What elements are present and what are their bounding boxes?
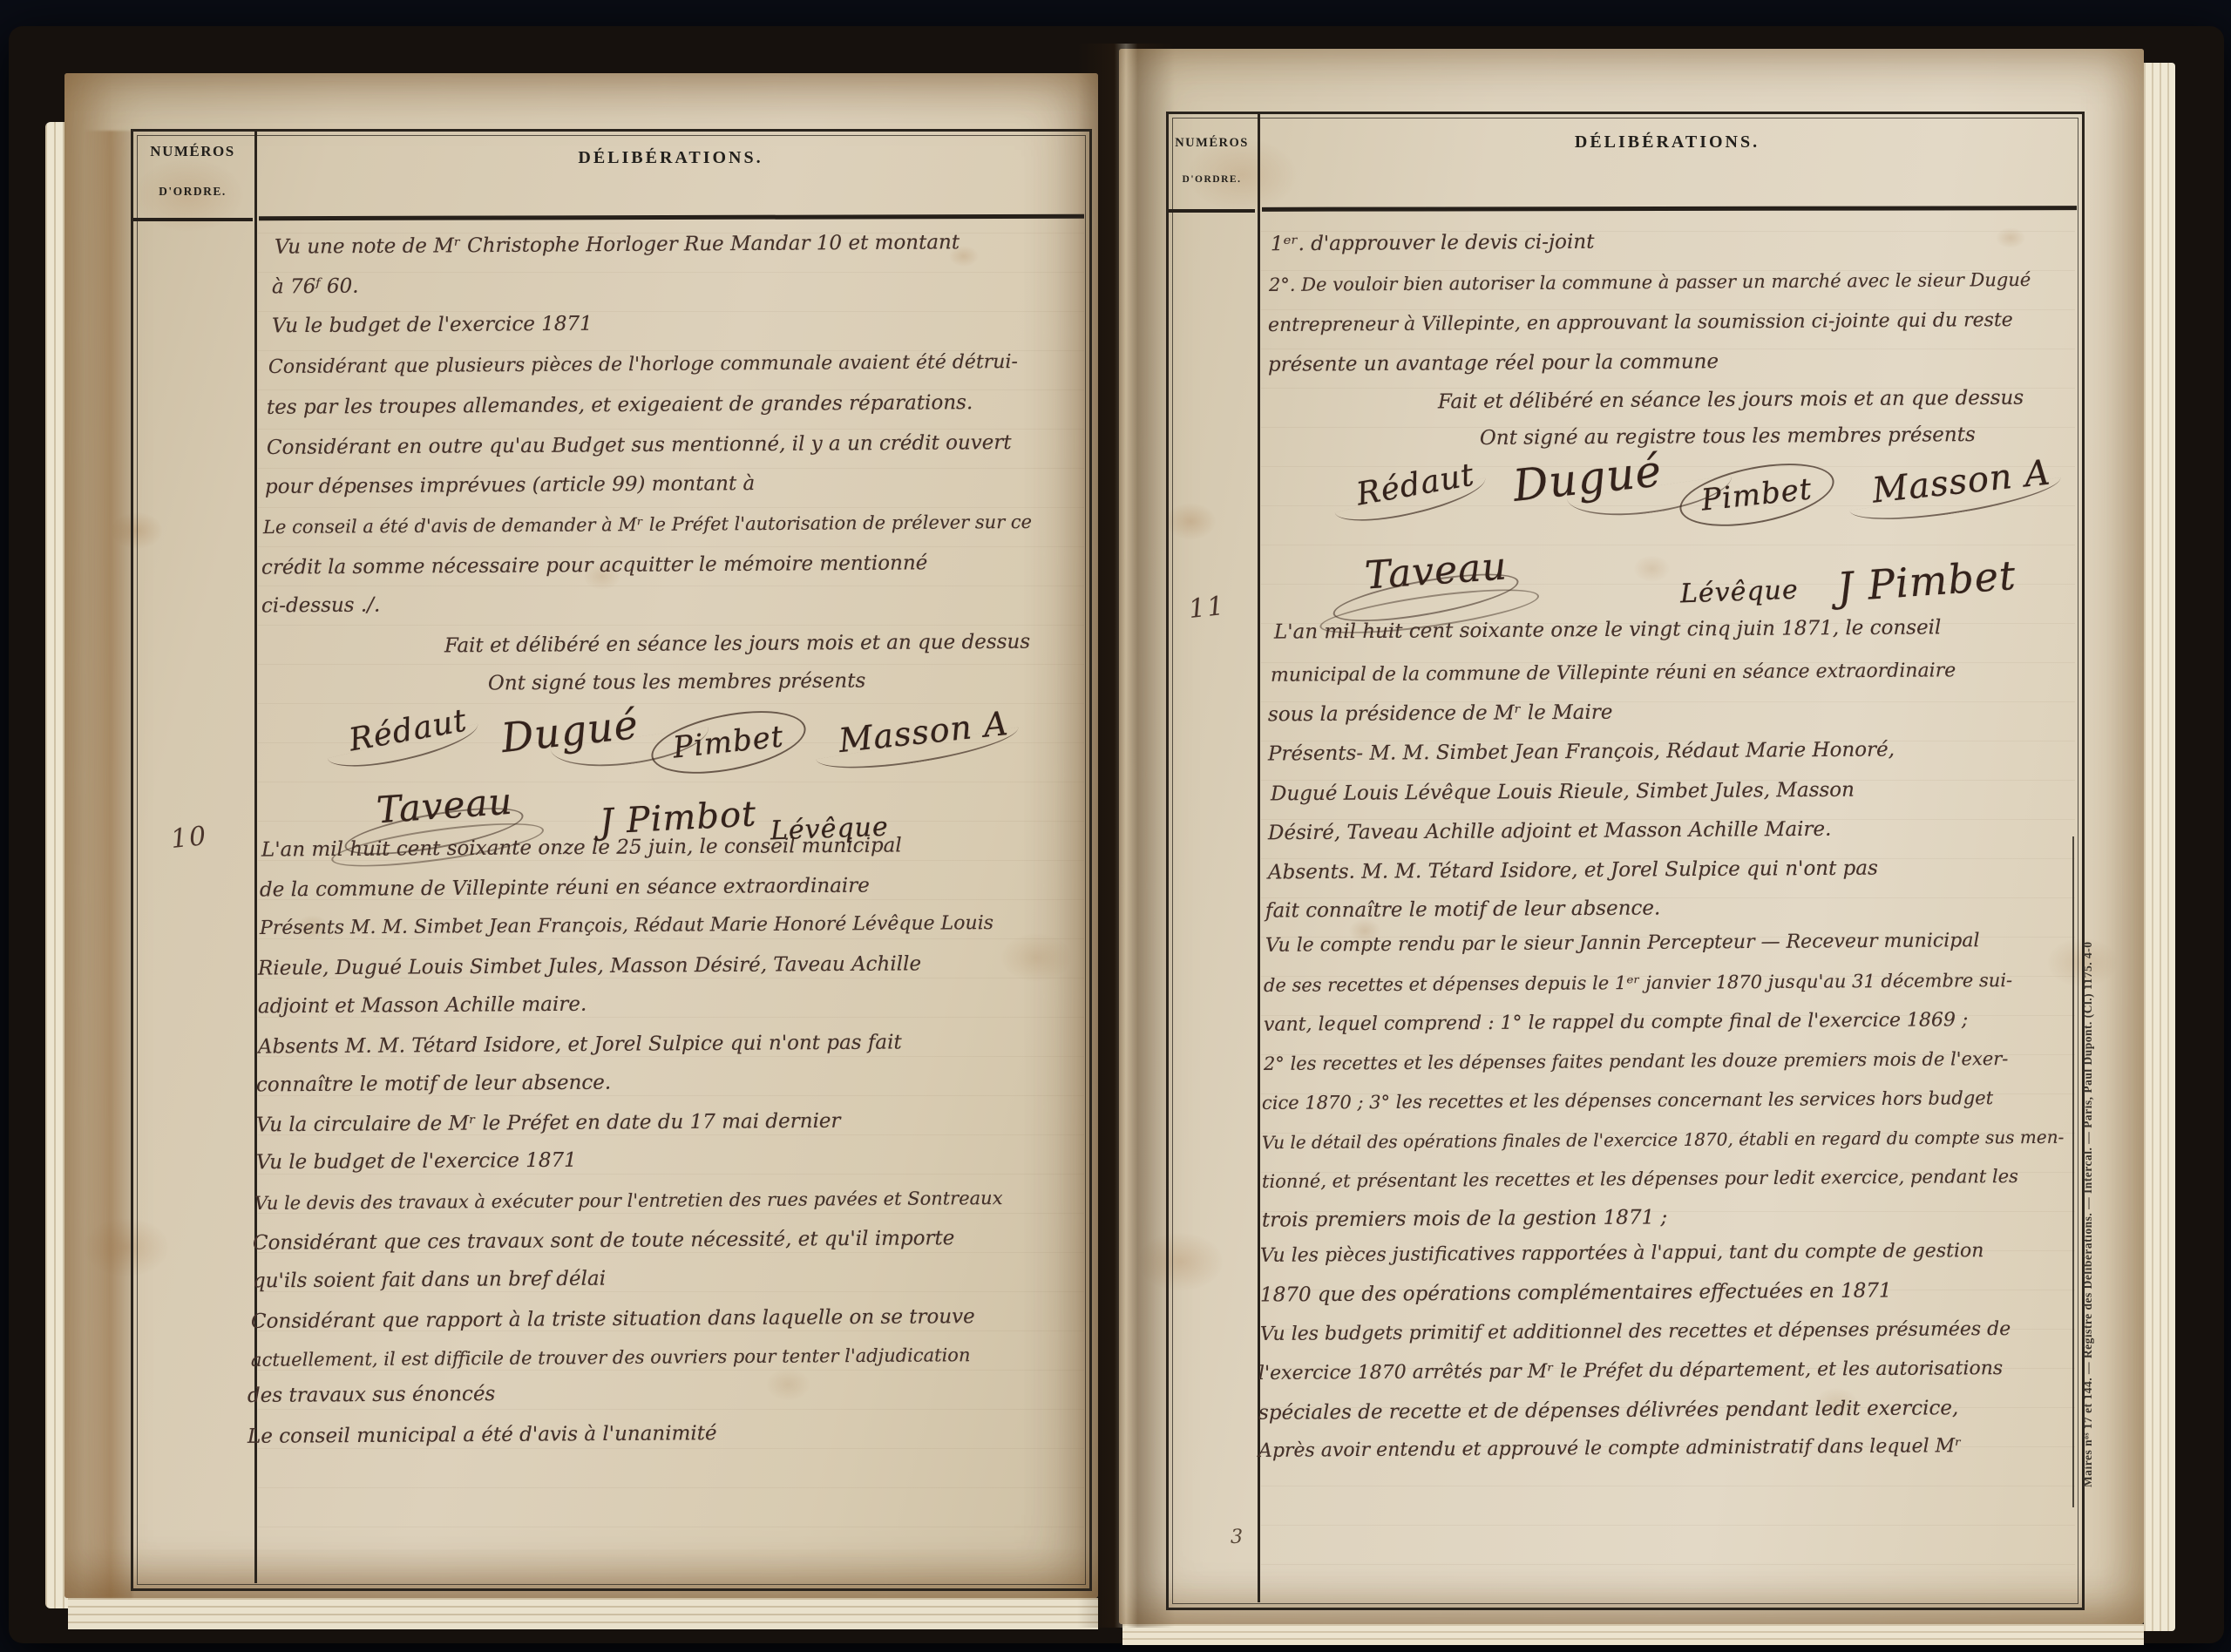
- imprint-rule: [2072, 836, 2074, 1507]
- right-margin-number: 11: [1187, 591, 1227, 625]
- page-edges-bottom-left: [68, 1598, 1098, 1629]
- printer-imprint: Maires nᵒˢ 17 et 144. — Régistre des Dél…: [2081, 867, 2095, 1487]
- signature: Taveau: [1363, 544, 1509, 598]
- left-handwritten-line: Rieule, Dugué Louis Simbet Jules, Masson…: [258, 952, 921, 979]
- left-handwritten-line: des travaux sus énoncés: [248, 1383, 495, 1407]
- signature: J Pimbot: [599, 794, 757, 842]
- left-handwritten-line: Absents M. M. Tétard Isidore, et Jorel S…: [258, 1031, 902, 1058]
- left-deliberations-header: DÉLIBÉRATIONS.: [254, 148, 1087, 168]
- left-handwritten-line: Vu une note de Mʳ Christophe Horloger Ru…: [275, 231, 960, 258]
- left-handwritten-line: Vu le budget de l'exercice 1871: [256, 1149, 577, 1175]
- left-handwritten-line: ci-dessus ./.: [261, 594, 380, 618]
- signature: Pimbet: [1699, 471, 1814, 518]
- left-header-rule-order: [133, 218, 253, 221]
- left-handwritten-line: Fait et délibéré en séance les jours moi…: [444, 631, 1030, 658]
- left-handwritten-line: crédit la somme nécessaire pour acquitte…: [261, 552, 927, 579]
- right-handwritten-line: Désiré, Taveau Achille adjoint et Masson…: [1268, 818, 1832, 845]
- right-handwritten-line: Fait et délibéré en séance les jours moi…: [1438, 387, 2024, 414]
- right-deliberations-header: DÉLIBÉRATIONS.: [1258, 132, 2077, 152]
- left-handwritten-line: Le conseil municipal a été d'avis à l'un…: [248, 1422, 717, 1448]
- left-page-worn-edge: [84, 131, 132, 1598]
- left-handwritten-line: à 76ᶠ 60.: [272, 275, 359, 299]
- right-handwritten-line: Absents. M. M. Tétard Isidore, et Jorel …: [1268, 857, 1878, 884]
- left-handwritten-line: qu'ils soient fait dans un bref délai: [253, 1268, 606, 1293]
- right-header-rule-order: [1169, 209, 1255, 213]
- sheet-signature-mark: 3: [1231, 1527, 1243, 1548]
- left-handwritten-line: adjoint et Masson Achille maire.: [258, 993, 587, 1019]
- page-edges-bottom-right: [1122, 1624, 2144, 1645]
- left-handwritten-line: connaître le motif de leur absence.: [256, 1072, 611, 1097]
- left-handwritten-line: de la commune de Villepinte réuni en séa…: [260, 875, 870, 902]
- left-margin-number: 10: [169, 821, 209, 855]
- right-handwritten-line: Présents- M. M. Simbet Jean François, Ré…: [1268, 738, 1895, 765]
- page-edges-right: [2144, 63, 2175, 1631]
- right-order-header-line1: NUMÉROS: [1166, 136, 1258, 151]
- right-handwritten-line: fait connaître le motif de leur absence.: [1265, 897, 1660, 922]
- right-handwritten-line: trois premiers mois de la gestion 1871 ;: [1262, 1206, 1667, 1231]
- left-order-header-line1: NUMÉROS: [131, 143, 254, 160]
- right-handwritten-line: 1ᵉʳ. d'approuver le devis ci-joint: [1271, 231, 1595, 256]
- signature: Lévêque: [770, 812, 889, 847]
- right-handwritten-line: Dugué Louis Lévêque Louis Rieule, Simbet…: [1271, 779, 1855, 806]
- right-order-header-line2: D'ORDRE.: [1166, 174, 1258, 185]
- left-order-header-line2: D'ORDRE.: [131, 185, 254, 199]
- left-handwritten-line: pour dépenses imprévues (article 99) mon…: [265, 472, 755, 498]
- signature: Pimbet: [671, 719, 785, 765]
- signature: Taveau: [375, 780, 514, 832]
- right-handwritten-line: sous la présidence de Mʳ le Maire: [1268, 701, 1613, 727]
- right-handwritten-line: présente un avantage réel pour la commun…: [1268, 350, 1719, 376]
- left-handwritten-line: Vu le budget de l'exercice 1871: [272, 313, 593, 338]
- right-handwritten-line: 1870 que des opérations complémentaires …: [1260, 1279, 1892, 1306]
- left-handwritten-line: Ont signé tous les membres présents: [488, 669, 865, 694]
- signature: Lévêque: [1679, 575, 1799, 610]
- left-handwritten-line: Vu la circulaire de Mʳ le Préfet en date…: [256, 1110, 841, 1137]
- right-handwritten-line: Ont signé au registre tous les membres p…: [1480, 423, 1976, 450]
